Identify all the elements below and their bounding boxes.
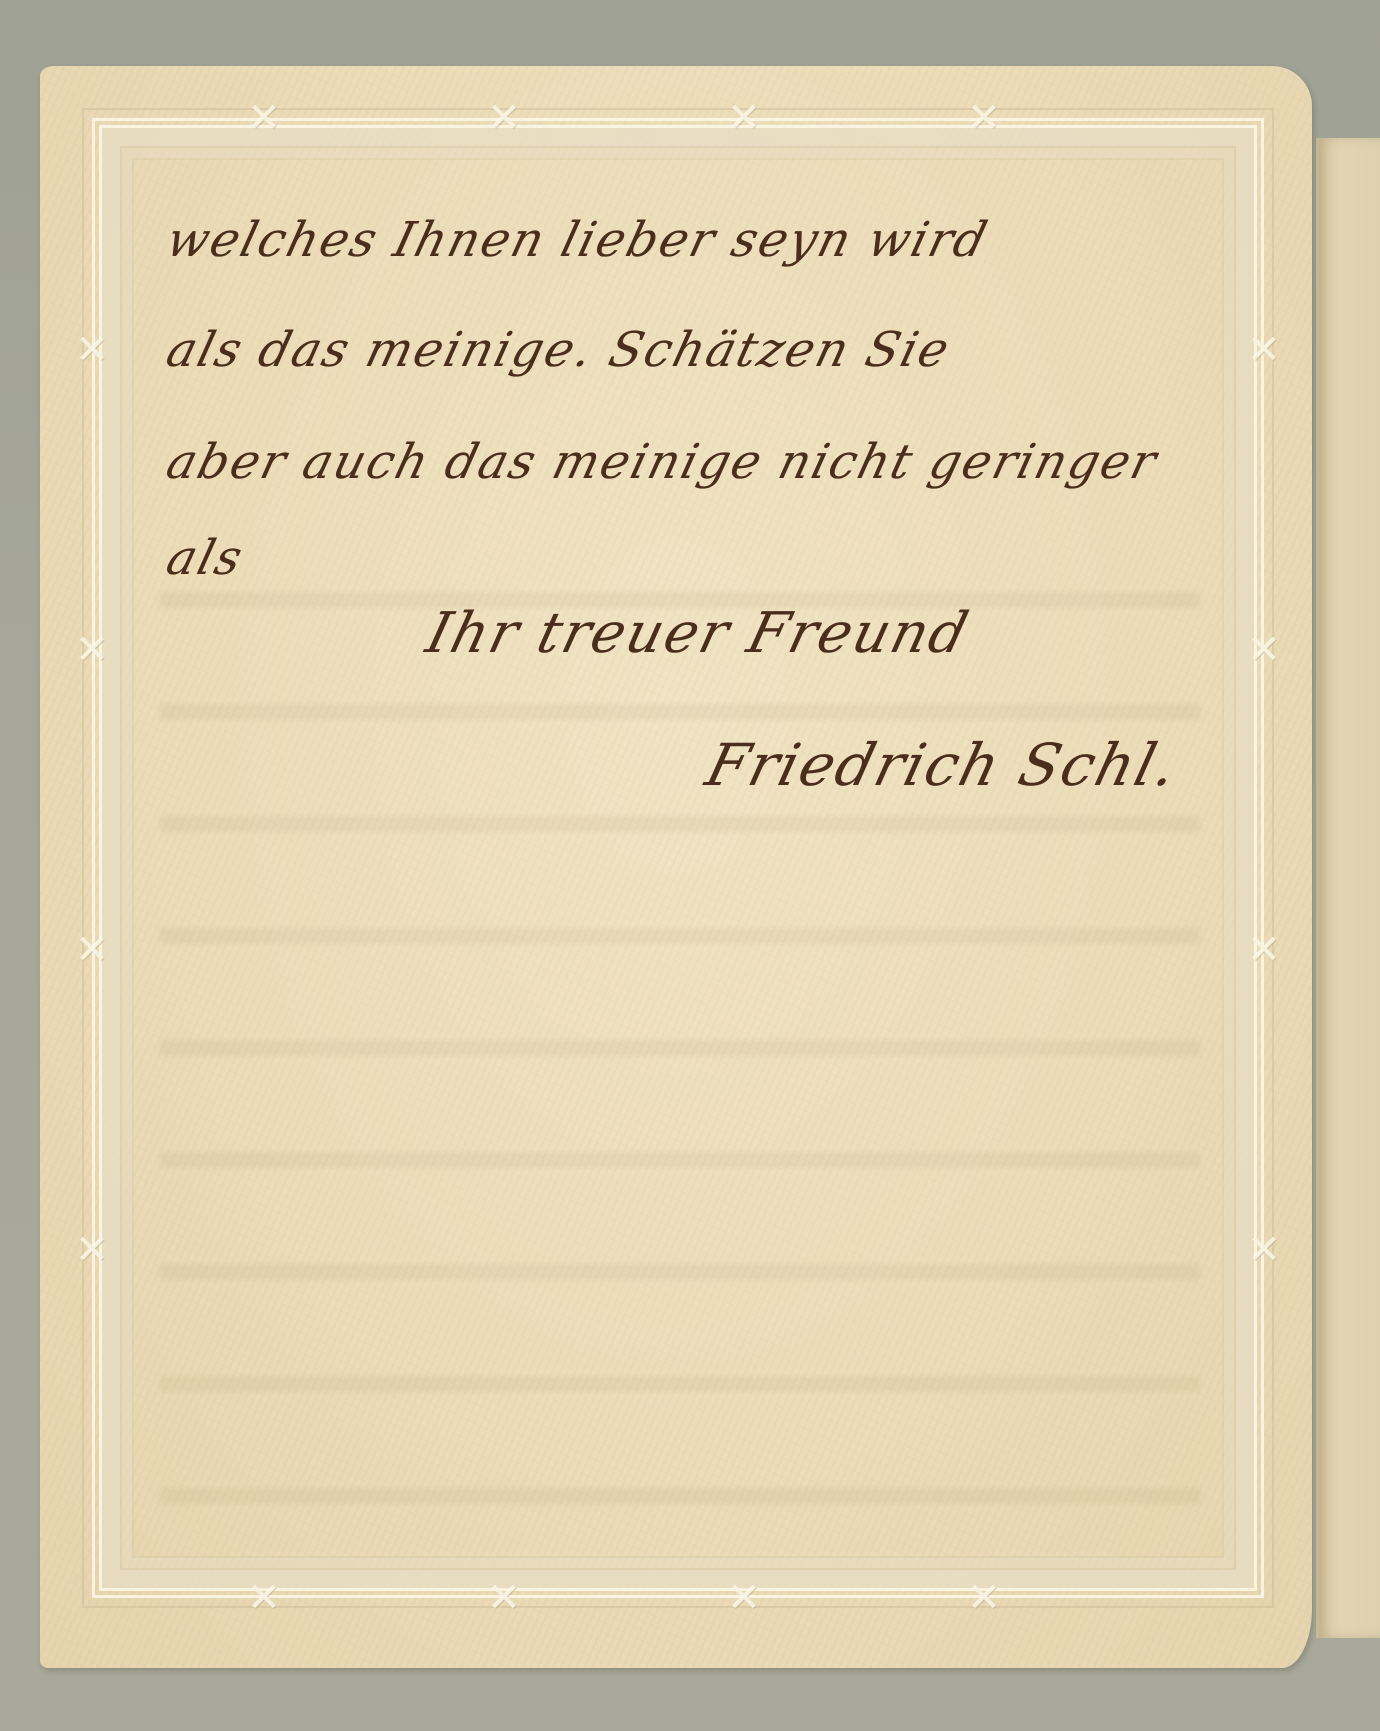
border-knot-icon: ✕: [242, 96, 286, 140]
border-knot-icon: ✕: [722, 96, 766, 140]
border-knot-icon: ✕: [70, 928, 114, 972]
signature: Friedrich Schl.: [701, 736, 1185, 794]
border-knot-icon: ✕: [70, 628, 114, 672]
border-knot-icon: ✕: [1242, 328, 1286, 372]
border-knot-icon: ✕: [962, 1576, 1006, 1620]
border-knot-icon: ✕: [962, 96, 1006, 140]
body-line: als das meinige. Schätzen Sie: [162, 326, 955, 374]
border-knot-icon: ✕: [722, 1576, 766, 1620]
body-line: als: [162, 534, 249, 582]
adjacent-page-edge: [1316, 138, 1380, 1638]
border-knot-icon: ✕: [70, 328, 114, 372]
border-knot-icon: ✕: [482, 96, 526, 140]
photo-scene: ✕ ✕ ✕ ✕ ✕ ✕ ✕ ✕ ✕ ✕ ✕ ✕ ✕ ✕ ✕ ✕ welches …: [0, 0, 1380, 1731]
border-knot-icon: ✕: [1242, 1228, 1286, 1272]
border-knot-icon: ✕: [1242, 628, 1286, 672]
body-line: aber auch das meinige nicht geringer: [162, 438, 1163, 486]
letter-sheet: ✕ ✕ ✕ ✕ ✕ ✕ ✕ ✕ ✕ ✕ ✕ ✕ ✕ ✕ ✕ ✕ welches …: [40, 66, 1312, 1668]
border-knot-icon: ✕: [242, 1576, 286, 1620]
closing-salutation: Ihr treuer Freund: [421, 606, 975, 662]
body-line: welches Ihnen lieber seyn wird: [162, 216, 993, 264]
border-knot-icon: ✕: [1242, 928, 1286, 972]
border-knot-icon: ✕: [70, 1228, 114, 1272]
border-knot-icon: ✕: [482, 1576, 526, 1620]
